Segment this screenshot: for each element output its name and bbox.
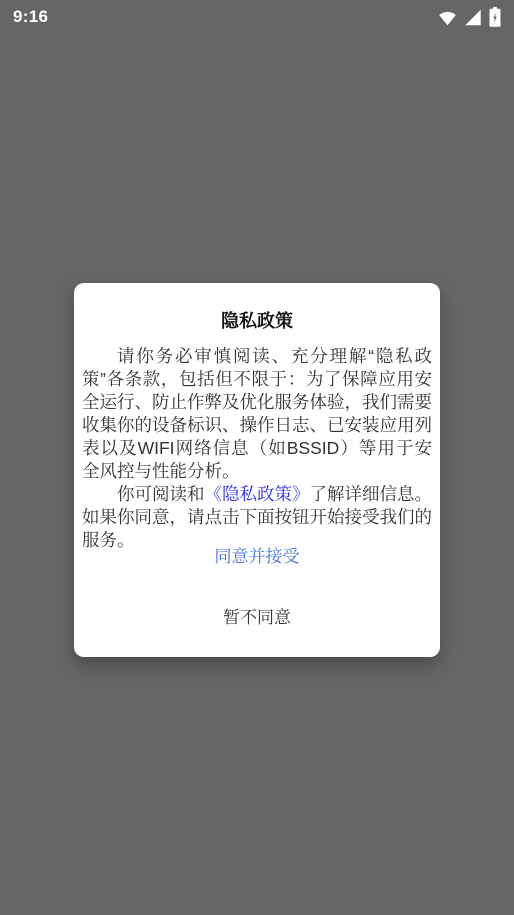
battery-charging-icon	[489, 7, 501, 27]
phone-screen: 9:16 隐私政策 请你务必审慎	[0, 0, 514, 915]
status-time: 9:16	[13, 7, 48, 27]
dialog-title: 隐私政策	[74, 307, 440, 333]
privacy-policy-link[interactable]: 《隐私政策》	[205, 484, 310, 504]
paragraph2-text-before: 你可阅读和	[117, 484, 205, 504]
agree-and-accept-button[interactable]: 同意并接受	[74, 542, 440, 567]
policy-paragraph-1: 请你务必审慎阅读、充分理解“隐私政策”各条款，包括但不限于：为了保障应用安全运行…	[82, 345, 432, 483]
wifi-icon	[438, 9, 457, 26]
cellular-signal-icon	[464, 9, 482, 26]
status-bar: 9:16	[0, 0, 514, 34]
status-icons	[438, 7, 501, 27]
disagree-button[interactable]: 暂不同意	[74, 603, 440, 628]
privacy-policy-dialog: 隐私政策 请你务必审慎阅读、充分理解“隐私政策”各条款，包括但不限于：为了保障应…	[74, 283, 440, 657]
dialog-body-text: 请你务必审慎阅读、充分理解“隐私政策”各条款，包括但不限于：为了保障应用安全运行…	[82, 345, 432, 552]
